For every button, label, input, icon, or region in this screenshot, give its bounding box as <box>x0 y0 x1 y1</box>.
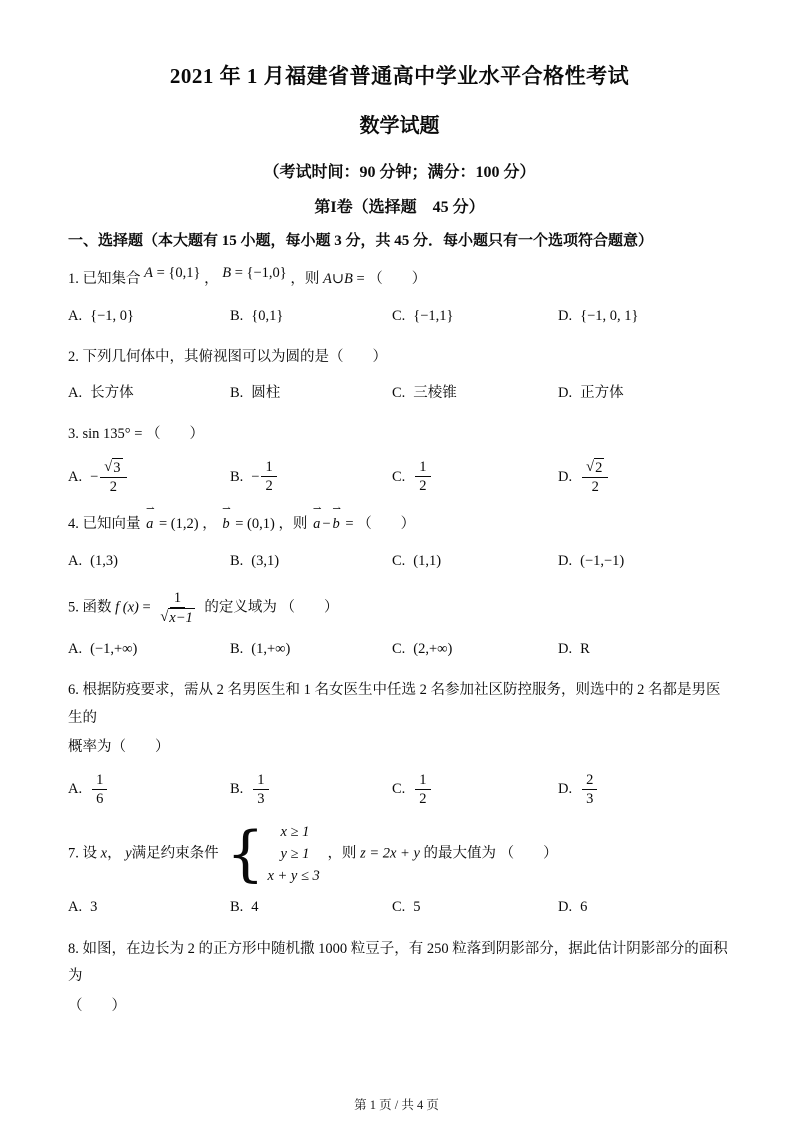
vector-a: ⇀a <box>144 511 155 539</box>
section-heading: 第I卷（选择题 45 分） <box>68 194 731 217</box>
option-d: D.R <box>558 636 731 662</box>
option-value: (−1,+∞) <box>90 636 137 662</box>
minus-sign: − <box>251 464 259 490</box>
stem-text: 5. 函数 <box>68 599 112 615</box>
option-label: C. <box>392 380 405 406</box>
stem-text: ，则 <box>290 271 319 287</box>
left-brace: { <box>226 826 264 883</box>
option-value: {−1, 0, 1} <box>580 303 638 329</box>
question-4: 4. 已知向量 ⇀a = (1,2) ， ⇀b = (0,1) ，则 ⇀a−⇀b… <box>68 511 731 574</box>
question-7-stem: 7. 设 x， y满足约束条件 { x ≥ 1 y ≥ 1 x + y ≤ 3 … <box>68 823 731 886</box>
option-label: D. <box>558 636 572 662</box>
question-1: 1. 已知集合 A = {0,1} ， B = {−1,0} ，则 A∪B = … <box>68 266 731 329</box>
option-d: D.{−1, 0, 1} <box>558 303 731 329</box>
option-label: B. <box>230 776 243 802</box>
option-label: D. <box>558 303 572 329</box>
option-label: C. <box>392 776 405 802</box>
option-label: D. <box>558 464 572 490</box>
vector-b: ⇀b <box>331 511 342 539</box>
option-value: (2,+∞) <box>413 636 452 662</box>
option-label: D. <box>558 380 572 406</box>
option-d: D.正方体 <box>558 380 731 406</box>
constraint-1: x ≥ 1 <box>267 823 319 842</box>
option-b: B.(3,1) <box>230 548 392 574</box>
sqrt-symbol: √ <box>104 458 112 476</box>
option-label: A. <box>68 303 82 329</box>
question-3: 3. sin 135° = （ ） A. − √3 2 B. − 1 2 <box>68 421 731 496</box>
option-c: C. 12 <box>392 771 558 808</box>
section-instruction: 一、选择题（本大题有 15 小题，每小题 3 分，共 45 分．每小题只有一个选… <box>68 229 731 250</box>
page-number: 第 1 页 / 共 4 页 <box>0 1095 793 1113</box>
fraction: 12 <box>415 771 430 808</box>
option-a: A.(1,3) <box>68 548 230 574</box>
minus-sign: − <box>322 516 330 532</box>
option-label: C. <box>392 894 405 920</box>
sqrt-symbol: √ <box>586 458 594 476</box>
option-label: B. <box>230 548 243 574</box>
formula-set-a: A = {0,1} <box>144 265 200 281</box>
fraction: 13 <box>253 771 268 808</box>
question-8-stem-line2: （ ） <box>68 993 731 1021</box>
stem-text: 4. 已知向量 <box>68 516 141 532</box>
option-b: B. − 1 2 <box>230 458 392 495</box>
option-c: C. 1 2 <box>392 458 558 495</box>
exam-page: 2021 年 1 月福建省普通高中学业水平合格性考试 数学试题 （考试时间：90… <box>0 0 793 1020</box>
formula-union: A∪B <box>323 271 353 287</box>
option-b: B.{0,1} <box>230 303 392 329</box>
vector-a: ⇀a <box>311 511 322 539</box>
formula-z: z = 2x + y <box>360 846 420 862</box>
fraction: √2 2 <box>582 458 608 496</box>
formula-set-b: B = {−1,0} <box>222 265 287 281</box>
answer-blank: （ ） <box>357 516 415 532</box>
option-c: C.三棱锥 <box>392 380 558 406</box>
option-d: D.6 <box>558 894 731 920</box>
fraction: 16 <box>92 771 107 808</box>
option-d: D. √2 2 <box>558 458 731 496</box>
option-label: D. <box>558 776 572 802</box>
constraint-3: x + y ≤ 3 <box>267 867 319 886</box>
question-4-stem: 4. 已知向量 ⇀a = (1,2) ， ⇀b = (0,1) ，则 ⇀a−⇀b… <box>68 511 731 539</box>
option-label: A. <box>68 548 82 574</box>
formula-sin: sin 135° = <box>83 426 143 442</box>
sqrt-expression: √2 <box>586 458 604 477</box>
option-d: D.(−1,−1) <box>558 548 731 574</box>
question-4-options: A.(1,3) B.(3,1) C.(1,1) D.(−1,−1) <box>68 548 731 574</box>
option-label: C. <box>392 636 405 662</box>
stem-text: 3. <box>68 426 83 442</box>
option-a: A. − √3 2 <box>68 458 230 496</box>
answer-blank: （ ） <box>368 271 426 287</box>
formula-fx: f (x) <box>115 599 139 615</box>
option-value: 正方体 <box>580 380 624 406</box>
option-label: C. <box>392 548 405 574</box>
option-value: 圆柱 <box>251 380 280 406</box>
question-1-options: A.{−1, 0} B.{0,1} C.{−1,1} D.{−1, 0, 1} <box>68 303 731 329</box>
option-label: C. <box>392 464 405 490</box>
question-6-stem-line2: 概率为（ ） <box>68 734 731 762</box>
option-value: {0,1} <box>251 303 283 329</box>
question-3-options: A. − √3 2 B. − 1 2 C. 1 2 <box>68 458 731 496</box>
vector-arrow-icon: ⇀ <box>146 505 155 515</box>
answer-blank: （ ） <box>281 599 339 615</box>
option-label: D. <box>558 894 572 920</box>
option-value: {−1, 0} <box>90 303 134 329</box>
question-3-stem: 3. sin 135° = （ ） <box>68 421 731 449</box>
stem-text: ，则 <box>327 846 356 862</box>
exam-title: 2021 年 1 月福建省普通高中学业水平合格性考试 <box>68 60 731 90</box>
sqrt-expression: √3 <box>104 458 122 477</box>
option-c: C.(1,1) <box>392 548 558 574</box>
question-6-stem-line1: 6. 根据防疫要求，需从 2 名男医生和 1 名女医生中任选 2 名参加社区防控… <box>68 677 731 732</box>
option-c: C.(2,+∞) <box>392 636 558 662</box>
stem-text: ， <box>204 271 219 287</box>
vector-arrow-icon: ⇀ <box>222 505 231 515</box>
question-6: 6. 根据防疫要求，需从 2 名男医生和 1 名女医生中任选 2 名参加社区防控… <box>68 677 731 808</box>
constraint-2: y ≥ 1 <box>267 845 319 864</box>
question-2-options: A.长方体 B.圆柱 C.三棱锥 D.正方体 <box>68 380 731 406</box>
option-a: A.长方体 <box>68 380 230 406</box>
stem-text: ，则 <box>278 516 307 532</box>
option-b: B.(1,+∞) <box>230 636 392 662</box>
option-a: A.(−1,+∞) <box>68 636 230 662</box>
option-a: A.3 <box>68 894 230 920</box>
option-label: A. <box>68 776 82 802</box>
option-value: (3,1) <box>251 548 279 574</box>
stem-text: 的定义域为 <box>204 599 277 615</box>
question-2-stem: 2. 下列几何体中，其俯视图可以为圆的是（ ） <box>68 344 731 372</box>
option-value: {−1,1} <box>413 303 453 329</box>
option-label: A. <box>68 636 82 662</box>
option-value: R <box>580 636 590 662</box>
option-b: B.圆柱 <box>230 380 392 406</box>
option-label: A. <box>68 380 82 406</box>
question-7: 7. 设 x， y满足约束条件 { x ≥ 1 y ≥ 1 x + y ≤ 3 … <box>68 823 731 921</box>
exam-subtitle: 数学试题 <box>68 109 731 138</box>
vector-b: ⇀b <box>220 511 231 539</box>
vector-arrow-icon: ⇀ <box>313 505 322 515</box>
option-label: B. <box>230 303 243 329</box>
question-5-stem: 5. 函数 f (x) = 1 √x−1 的定义域为 （ ） <box>68 589 731 627</box>
option-value: 长方体 <box>90 380 134 406</box>
answer-blank: （ ） <box>146 426 204 442</box>
stem-text: 7. 设 <box>68 846 97 862</box>
option-label: B. <box>230 636 243 662</box>
option-label: D. <box>558 548 572 574</box>
option-label: B. <box>230 894 243 920</box>
stem-text: 1. 已知集合 <box>68 271 141 287</box>
fraction: √3 2 <box>100 458 126 496</box>
option-label: B. <box>230 464 243 490</box>
option-value: (−1,−1) <box>580 548 624 574</box>
question-1-stem: 1. 已知集合 A = {0,1} ， B = {−1,0} ，则 A∪B = … <box>68 266 731 294</box>
fraction: 1 √x−1 <box>156 589 198 627</box>
option-a: A.{−1, 0} <box>68 303 230 329</box>
option-a: A. 16 <box>68 771 230 808</box>
option-value: 3 <box>90 894 97 920</box>
question-8-stem-line1: 8. 如图，在边长为 2 的正方形中随机撒 1000 粒豆子，有 250 粒落到… <box>68 936 731 991</box>
stem-text: ， <box>202 516 217 532</box>
option-d: D. 23 <box>558 771 731 808</box>
question-5: 5. 函数 f (x) = 1 √x−1 的定义域为 （ ） A.(−1,+∞)… <box>68 589 731 662</box>
stem-text: 的最大值为 <box>420 846 496 862</box>
answer-blank: （ ） <box>500 846 558 862</box>
option-c: C.{−1,1} <box>392 303 558 329</box>
stem-text: 满足约束条件 <box>132 846 219 862</box>
sqrt-expression: √x−1 <box>160 608 194 627</box>
option-value: 6 <box>580 894 587 920</box>
option-label: A. <box>68 894 82 920</box>
option-value: 5 <box>413 894 420 920</box>
option-value: (1,3) <box>90 548 118 574</box>
fraction: 1 2 <box>415 458 430 495</box>
option-b: B.4 <box>230 894 392 920</box>
question-6-options: A. 16 B. 13 C. 12 D. 23 <box>68 771 731 808</box>
option-value: 三棱锥 <box>413 380 457 406</box>
question-8: 8. 如图，在边长为 2 的正方形中随机撒 1000 粒豆子，有 250 粒落到… <box>68 936 731 1021</box>
constraint-system: { x ≥ 1 y ≥ 1 x + y ≤ 3 <box>226 823 320 886</box>
exam-info: （考试时间：90 分钟；满分：100 分） <box>68 159 731 182</box>
option-value: (1,1) <box>413 548 441 574</box>
option-label: A. <box>68 464 82 490</box>
option-value: 4 <box>251 894 258 920</box>
vector-arrow-icon: ⇀ <box>332 505 341 515</box>
fraction: 1 2 <box>261 458 276 495</box>
sqrt-symbol: √ <box>160 608 168 626</box>
minus-sign: − <box>90 464 98 490</box>
question-2: 2. 下列几何体中，其俯视图可以为圆的是（ ） A.长方体 B.圆柱 C.三棱锥… <box>68 344 731 407</box>
option-label: C. <box>392 303 405 329</box>
option-c: C.5 <box>392 894 558 920</box>
option-label: B. <box>230 380 243 406</box>
option-value: (1,+∞) <box>251 636 290 662</box>
option-b: B. 13 <box>230 771 392 808</box>
question-5-options: A.(−1,+∞) B.(1,+∞) C.(2,+∞) D.R <box>68 636 731 662</box>
question-7-options: A.3 B.4 C.5 D.6 <box>68 894 731 920</box>
fraction: 23 <box>582 771 597 808</box>
